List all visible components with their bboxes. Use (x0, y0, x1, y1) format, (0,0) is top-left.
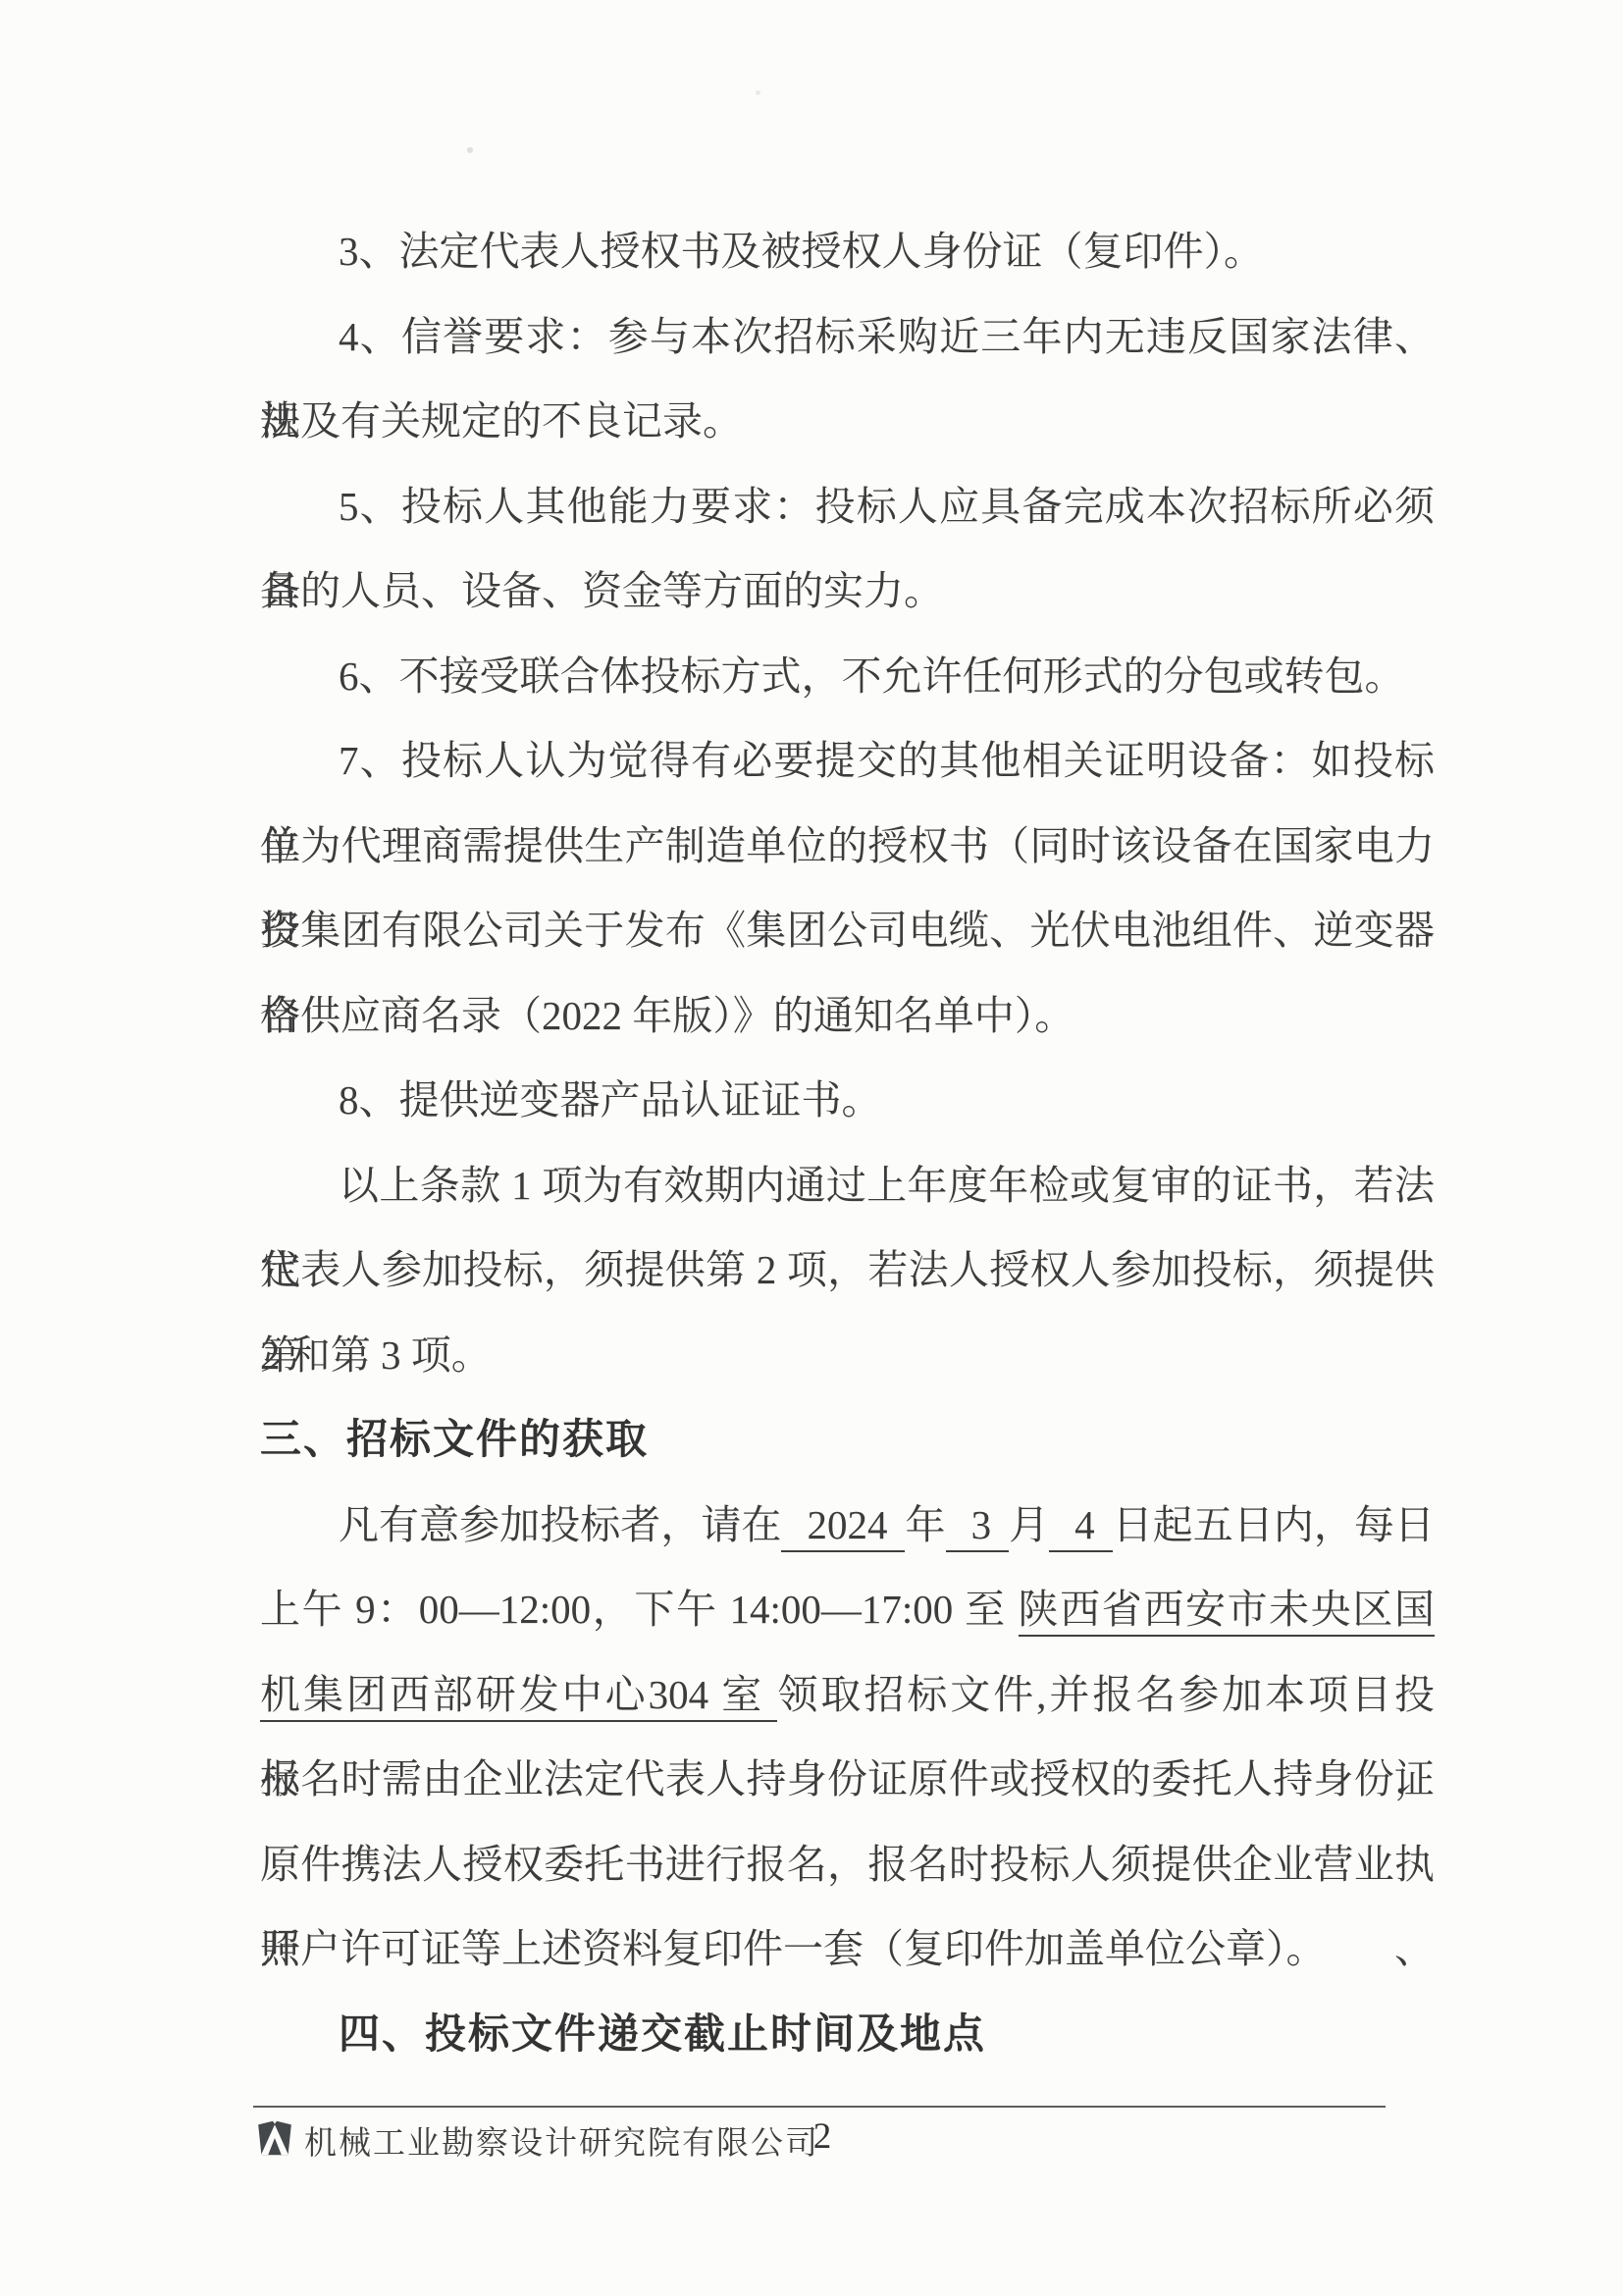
paragraph-line: 格供应商名录（2022 年版）》的通知名单中）。 (260, 973, 1435, 1059)
section-heading: 四、投标文件递交截止时间及地点 (260, 1992, 1435, 2077)
paragraph-line: 机集团西部研发中心304 室 领取招标文件,并报名参加本项目投标， (260, 1652, 1435, 1738)
scan-speck (467, 147, 473, 153)
text-segment: 8、提供逆变器产品认证证书。 (339, 1077, 882, 1122)
paragraph-line: 8、提供逆变器产品认证证书。 (260, 1058, 1435, 1143)
paragraph-line: 4、信誉要求：参与本次招标采购近三年内无违反国家法律、法 (260, 294, 1435, 380)
underlined-fill-in: 2024 (781, 1502, 905, 1552)
underlined-fill-in: 4 (1049, 1502, 1113, 1552)
text-segment: 年 (905, 1502, 945, 1547)
paragraph-line: 原件携法人授权委托书进行报名，报名时投标人须提供企业营业执照、 (260, 1822, 1435, 1907)
paragraph-line: 位为代理商需提供生产制造单位的授权书（同时该设备在国家电力投 (260, 804, 1435, 889)
paragraph-line: 3、法定代表人授权书及被授权人身份证（复印件）。 (260, 209, 1435, 294)
text-segment: 开户许可证等上述资料复印件一套（复印件加盖单位公章）。 (260, 1926, 1327, 1971)
text-segment: 2 和第 3 项。 (260, 1332, 492, 1378)
text-segment: 报名时需由企业法定代表人持身份证原件或授权的委托人持身份证 (260, 1756, 1435, 1801)
section-heading: 三、招标文件的获取 (260, 1397, 1435, 1483)
text-segment: 规及有关规定的不良记录。 (260, 398, 743, 444)
text-segment: 上午 9：00—12:00，下午 14:00—17:00 至 (260, 1587, 1019, 1632)
paragraph-line: 2 和第 3 项。 (260, 1313, 1435, 1398)
paragraph-line: 6、不接受联合体投标方式，不允许任何形式的分包或转包。 (260, 634, 1435, 719)
paragraph-line: 开户许可证等上述资料复印件一套（复印件加盖单位公章）。 (260, 1906, 1435, 1992)
page-number: 2 (773, 2115, 871, 2158)
scan-speck (756, 90, 760, 95)
paragraph-line: 资集团有限公司关于发布《集团公司电缆、光伏电池组件、逆变器合 (260, 888, 1435, 973)
page-footer: 机械工业勘察设计研究院有限公司 2 (253, 2112, 1386, 2170)
paragraph-line: 凡有意参加投标者，请在2024年3月4日起五日内，每日 (260, 1483, 1435, 1568)
underlined-fill-in: 3 (946, 1502, 1010, 1552)
paragraph-line: 备的人员、设备、资金等方面的实力。 (260, 548, 1435, 634)
mountain-emblem-icon (255, 2115, 294, 2161)
text-segment: 日起五日内，每日 (1113, 1502, 1435, 1547)
text-segment: 6、不接受联合体投标方式，不允许任何形式的分包或转包。 (339, 653, 1405, 699)
paragraph-line: 报名时需由企业法定代表人持身份证原件或授权的委托人持身份证 (260, 1737, 1435, 1822)
text-segment: 3、法定代表人授权书及被授权人身份证（复印件）。 (339, 229, 1264, 274)
paragraph-line: 上午 9：00—12:00，下午 14:00—17:00 至 陕西省西安市未央区… (260, 1567, 1435, 1652)
paragraph-line: 5、投标人其他能力要求：投标人应具备完成本次招标所必须具 (260, 464, 1435, 549)
footer-divider (253, 2106, 1386, 2108)
text-segment: 备的人员、设备、资金等方面的实力。 (260, 568, 944, 613)
paragraph-line: 代表人参加投标，须提供第 2 项，若法人授权人参加投标，须提供第 (260, 1227, 1435, 1313)
text-segment: 三、招标文件的获取 (260, 1416, 649, 1462)
text-segment: 四、投标文件递交截止时间及地点 (339, 2010, 986, 2057)
text-segment: 凡有意参加投标者，请在 (339, 1502, 781, 1547)
paragraph-line: 7、投标人认为觉得有必要提交的其他相关证明设备：如投标单 (260, 718, 1435, 804)
footer-company-name: 机械工业勘察设计研究院有限公司 (304, 2117, 819, 2164)
paragraph-line: 以上条款 1 项为有效期内通过上年度年检或复审的证书，若法定 (260, 1143, 1435, 1228)
underlined-fill-in: 机集团西部研发中心304 室 (260, 1672, 777, 1722)
paragraph-line: 规及有关规定的不良记录。 (260, 379, 1435, 464)
text-segment: 月 (1009, 1502, 1049, 1547)
scanned-document-page: 3、法定代表人授权书及被授权人身份证（复印件）。4、信誉要求：参与本次招标采购近… (0, 0, 1623, 2296)
document-body: 3、法定代表人授权书及被授权人身份证（复印件）。4、信誉要求：参与本次招标采购近… (260, 209, 1435, 2076)
text-segment: 格供应商名录（2022 年版）》的通知名单中）。 (260, 993, 1074, 1038)
underlined-fill-in: 陕西省西安市未央区国 (1019, 1587, 1435, 1637)
